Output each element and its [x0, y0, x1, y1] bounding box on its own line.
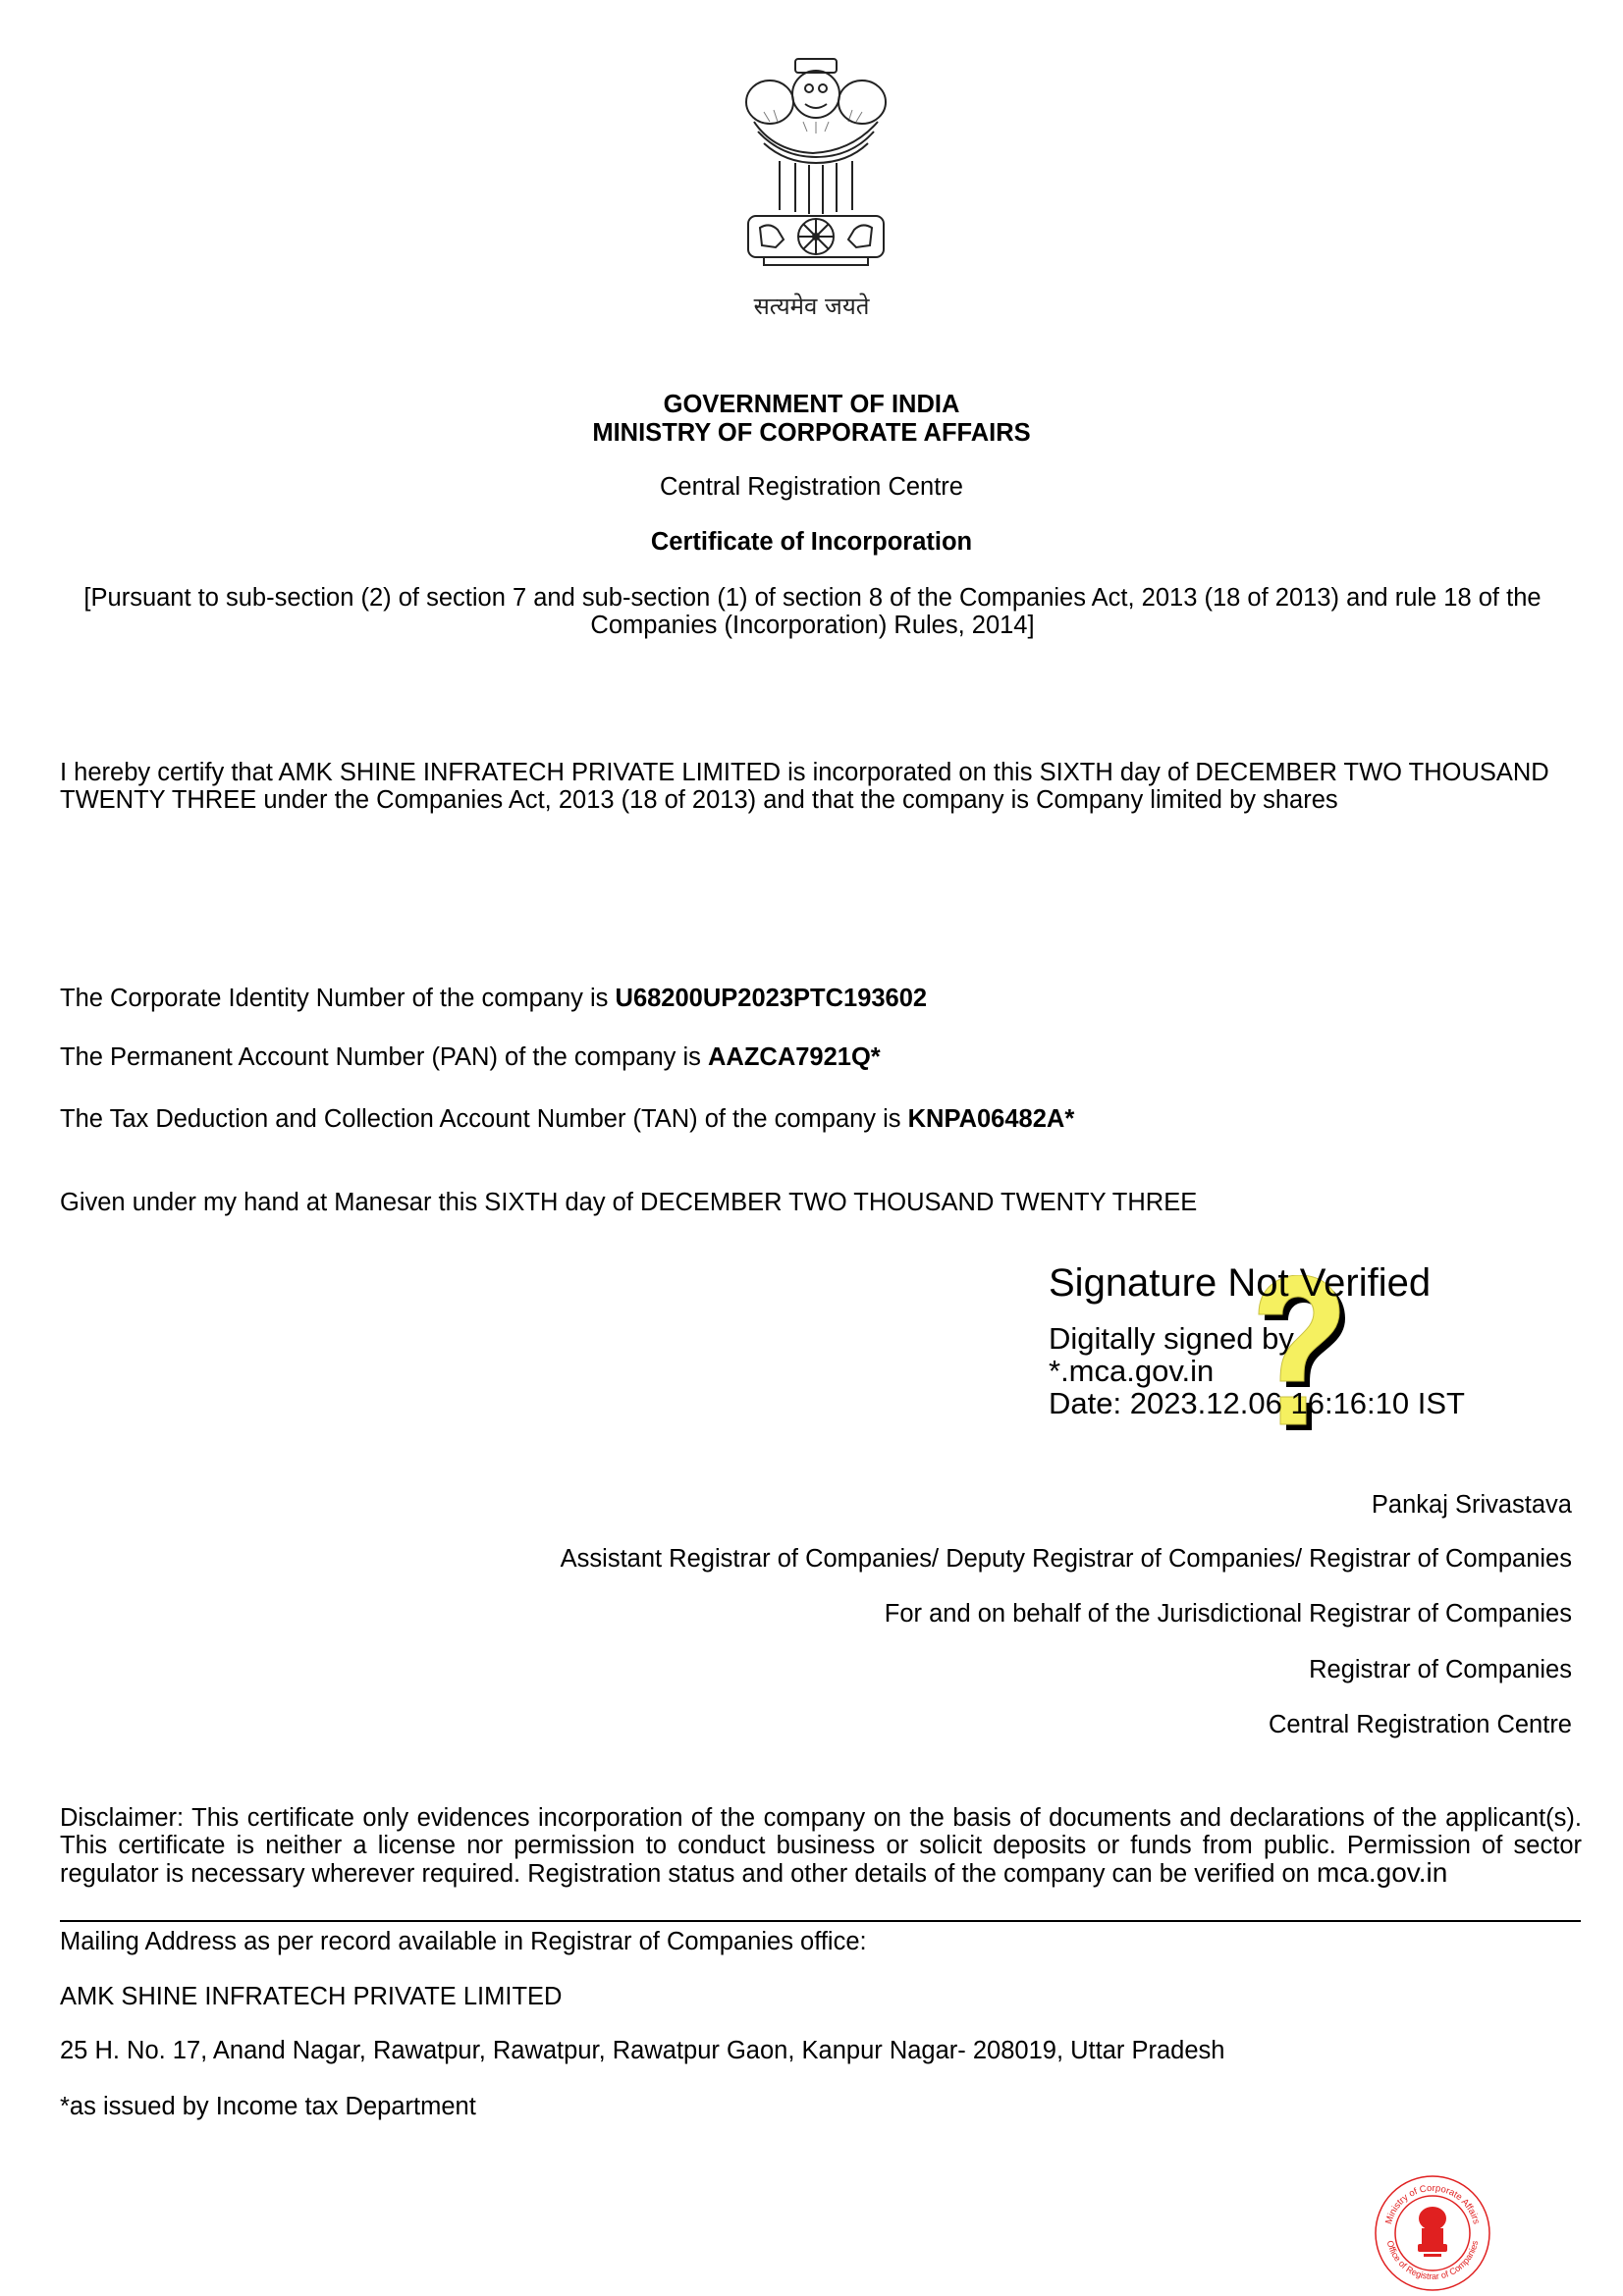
roc-seal-icon: Ministry of Corporate Affairs Office of … [1373, 2173, 1492, 2293]
mca-link[interactable]: mca.gov.in [1317, 1857, 1447, 1888]
emblem-motto: सत्यमेव जयते [0, 290, 1623, 322]
cin-value: U68200UP2023PTC193602 [616, 985, 928, 1012]
divider [60, 1920, 1581, 1922]
disclaimer: Disclaimer: This certificate only eviden… [60, 1804, 1582, 1888]
pursuant-clause: [Pursuant to sub-section (2) of section … [69, 584, 1556, 639]
signatory-designation: Assistant Registrar of Companies/ Deputy… [561, 1545, 1572, 1574]
signatory-name: Pankaj Srivastava [1372, 1491, 1572, 1520]
tan-value: KNPA06482A* [908, 1105, 1075, 1133]
signature-status: Signature Not Verified [1049, 1261, 1431, 1306]
signed-by-label: Digitally signed by [1049, 1322, 1294, 1355]
mailing-label: Mailing Address as per record available … [60, 1928, 867, 1956]
ministry-heading: MINISTRY OF CORPORATE AFFAIRS [0, 419, 1623, 448]
certificate-title: Certificate of Incorporation [0, 528, 1623, 557]
signatory-centre: Central Registration Centre [1269, 1711, 1572, 1739]
given-under-hand: Given under my hand at Manesar this SIXT… [60, 1189, 1197, 1217]
pan-line: The Permanent Account Number (PAN) of th… [60, 1043, 881, 1072]
pan-value: AAZCA7921Q* [708, 1043, 881, 1071]
digital-signature-block[interactable]: Signature Not Verified Digitally signed … [1049, 1261, 1559, 1458]
national-emblem-icon [734, 53, 897, 279]
cin-line: The Corporate Identity Number of the com… [60, 985, 927, 1013]
company-address: 25 H. No. 17, Anand Nagar, Rawatpur, Raw… [60, 2037, 1224, 2065]
signature-date: Date: 2023.12.06 16:16:10 IST [1049, 1387, 1465, 1419]
pan-label: The Permanent Account Number (PAN) of th… [60, 1043, 708, 1071]
signer-name: *.mca.gov.in [1049, 1355, 1214, 1387]
tan-line: The Tax Deduction and Collection Account… [60, 1105, 1074, 1134]
company-name: AMK SHINE INFRATECH PRIVATE LIMITED [60, 1983, 562, 2011]
government-heading: GOVERNMENT OF INDIA [0, 391, 1623, 419]
cin-label: The Corporate Identity Number of the com… [60, 985, 616, 1012]
tan-label: The Tax Deduction and Collection Account… [60, 1105, 908, 1133]
centre-subheading: Central Registration Centre [0, 473, 1623, 502]
tax-note: *as issued by Income tax Department [60, 2093, 476, 2121]
signatory-behalf: For and on behalf of the Jurisdictional … [885, 1600, 1572, 1629]
signatory-office: Registrar of Companies [1309, 1656, 1572, 1684]
certify-statement: I hereby certify that AMK SHINE INFRATEC… [60, 759, 1572, 814]
